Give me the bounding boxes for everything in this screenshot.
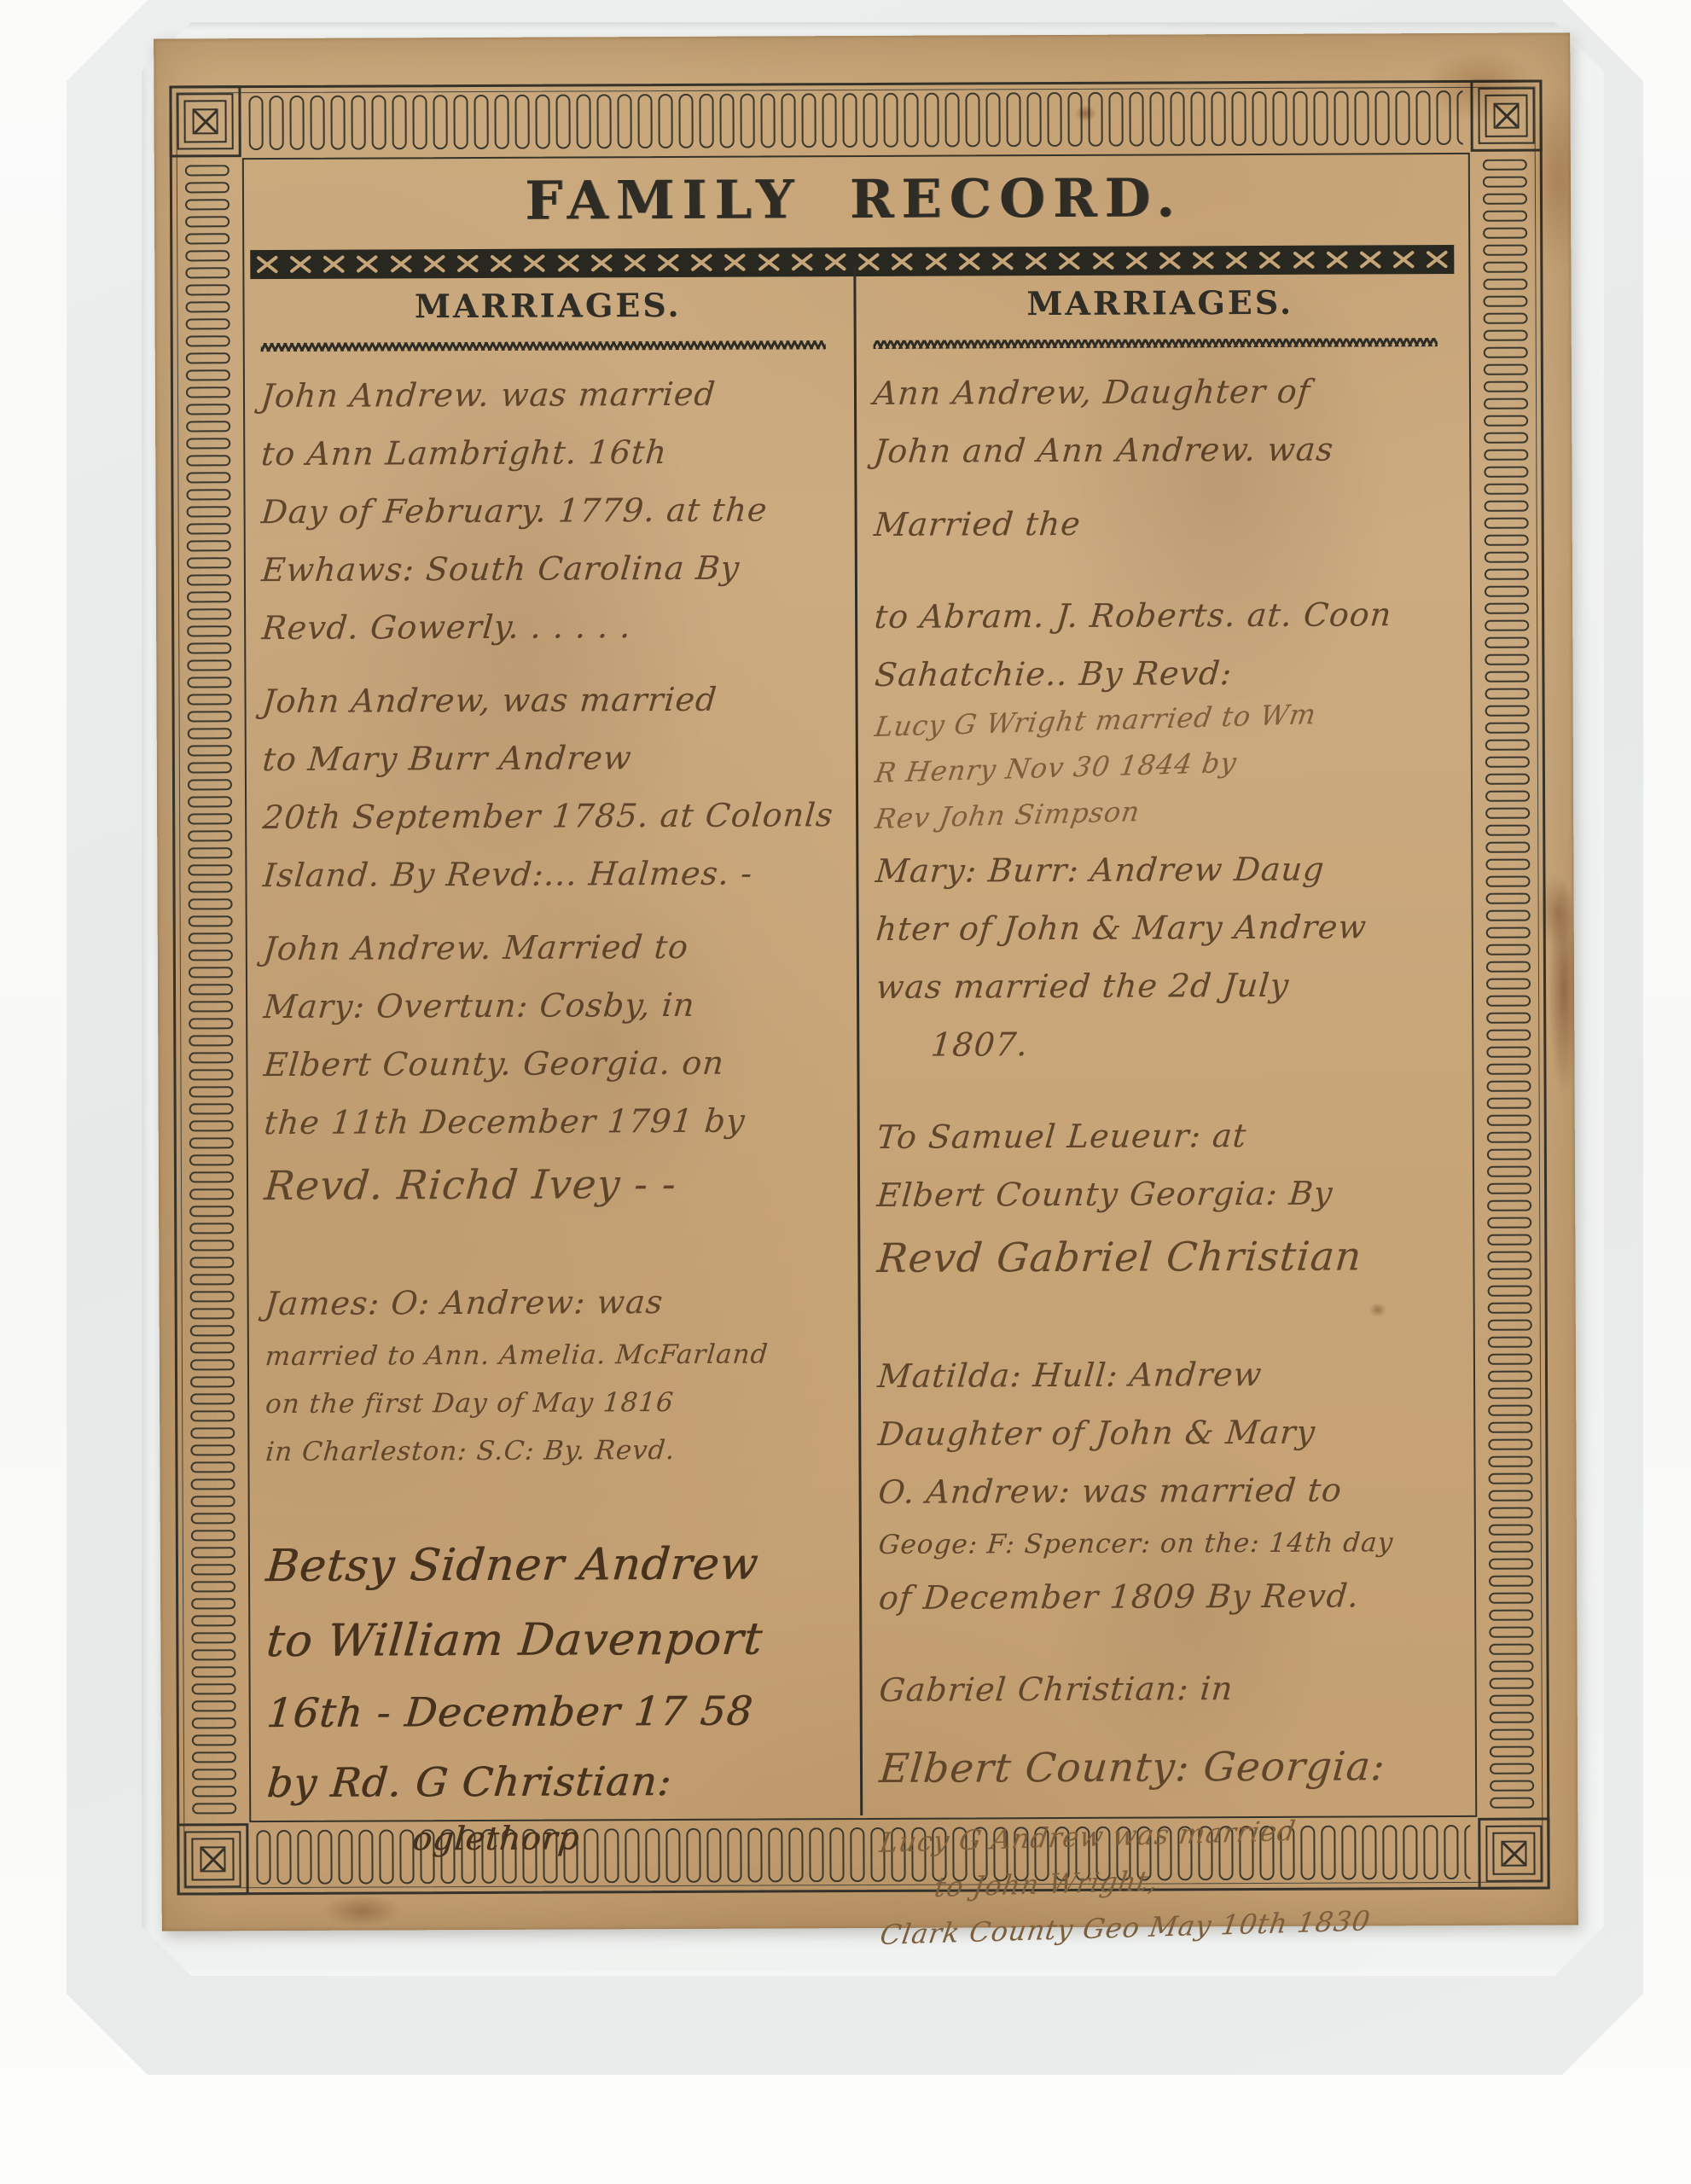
handwritten-line: 20th September 1785. at Colonls bbox=[260, 786, 833, 846]
capsule-ornament bbox=[1211, 91, 1225, 146]
capsule-ornament bbox=[191, 1598, 235, 1609]
capsule-ornament bbox=[191, 1581, 235, 1592]
capsule-ornament bbox=[1485, 620, 1529, 631]
capsule-ornament bbox=[965, 92, 979, 147]
capsule-ornament bbox=[1486, 944, 1531, 955]
capsule-ornament bbox=[186, 438, 230, 449]
capsule-ornament bbox=[1026, 92, 1041, 147]
capsule-ornament bbox=[1485, 535, 1529, 546]
capsule-ornament bbox=[187, 557, 231, 568]
capsule-ornament bbox=[1485, 740, 1530, 751]
handwritten-line: oglethorp bbox=[265, 1816, 836, 1860]
handwritten-line: 16th - December 17 58 bbox=[264, 1676, 837, 1749]
capsule-ornament bbox=[1456, 90, 1462, 145]
capsule-ornament bbox=[1067, 92, 1082, 147]
capsule-ornament bbox=[760, 93, 775, 148]
capsule-ornament bbox=[412, 95, 427, 149]
capsule-ornament bbox=[1487, 1183, 1531, 1194]
capsule-ornament bbox=[1489, 1490, 1533, 1501]
capsule-ornament bbox=[924, 93, 938, 148]
capsule-ornament bbox=[1487, 1098, 1531, 1109]
capsule-ornament bbox=[1483, 194, 1527, 205]
star-ornament-icon bbox=[1055, 247, 1084, 275]
capsule-ornament bbox=[617, 94, 631, 148]
handwritten-line: Ewhaws: South Carolina By bbox=[259, 538, 832, 599]
handwritten-line: To Samuel Leueur: at bbox=[874, 1106, 1446, 1166]
star-ornament-icon bbox=[1154, 247, 1184, 274]
capsule-ornament bbox=[1488, 1371, 1532, 1382]
capsule-ornament bbox=[1129, 92, 1143, 147]
capsule-ornament bbox=[1488, 1422, 1532, 1433]
capsule-ornament bbox=[1490, 1798, 1534, 1809]
capsule-ornament bbox=[190, 1393, 235, 1404]
capsule-ornament bbox=[185, 216, 230, 227]
handwritten-line: 1807. bbox=[874, 1014, 1446, 1074]
capsule-ornament bbox=[189, 1018, 233, 1029]
capsule-ornament bbox=[453, 95, 468, 149]
capsule-ornament bbox=[191, 1513, 235, 1524]
capsule-ornament bbox=[1484, 381, 1528, 392]
capsule-ornament bbox=[187, 523, 231, 534]
border-capsule-band-top bbox=[248, 90, 1462, 150]
capsule-ornament bbox=[1490, 1780, 1534, 1792]
capsule-ornament bbox=[189, 967, 233, 978]
corner-ornament-icon bbox=[169, 85, 241, 157]
capsule-ornament bbox=[1487, 1200, 1531, 1211]
capsule-ornament bbox=[1489, 1661, 1533, 1672]
capsule-ornament bbox=[186, 318, 230, 329]
star-ornament-icon bbox=[419, 250, 449, 277]
capsule-ornament bbox=[1486, 1013, 1531, 1024]
star-ornament-icon bbox=[787, 248, 816, 276]
capsule-ornament bbox=[1489, 1644, 1533, 1655]
record-content: FAMILY RECORD. MARRIAGES. MARRIAGES. Joh… bbox=[241, 152, 1473, 1818]
right-column-header: MARRIAGES. bbox=[854, 282, 1467, 323]
star-ornament-icon bbox=[820, 248, 850, 276]
capsule-ornament bbox=[188, 779, 232, 790]
capsule-ornament bbox=[191, 1666, 235, 1677]
capsule-ornament bbox=[1354, 90, 1368, 145]
capsule-ornament bbox=[185, 182, 230, 193]
capsule-ornament bbox=[248, 96, 263, 150]
handwritten-line: to William Davenport bbox=[264, 1601, 838, 1679]
corner-ornament-icon bbox=[177, 1823, 248, 1895]
capsule-ornament bbox=[189, 1086, 234, 1097]
capsule-ornament bbox=[1487, 1252, 1531, 1263]
capsule-ornament bbox=[1485, 586, 1529, 597]
capsule-ornament bbox=[740, 94, 754, 148]
capsule-ornament bbox=[1485, 654, 1529, 665]
capsule-ornament bbox=[1489, 1559, 1533, 1570]
capsule-ornament bbox=[1483, 245, 1527, 256]
capsule-ornament bbox=[1484, 364, 1528, 375]
capsule-ornament bbox=[186, 369, 230, 380]
capsule-ornament bbox=[190, 1376, 235, 1387]
handwritten-line: Geoge: F: Spencer: on the: 14th day bbox=[876, 1519, 1448, 1569]
capsule-ornament bbox=[1488, 1303, 1532, 1314]
capsule-ornament bbox=[189, 984, 233, 995]
star-ornament-icon bbox=[1121, 247, 1151, 275]
capsule-ornament bbox=[188, 728, 232, 739]
handwritten-line: Revd Gabriel Christian bbox=[875, 1222, 1448, 1294]
capsule-ornament bbox=[1485, 842, 1530, 853]
scanned-family-record: { "page": { "description": "Scan of an a… bbox=[0, 0, 1691, 2184]
capsule-ornament bbox=[1484, 484, 1528, 495]
capsule-ornament bbox=[883, 93, 898, 148]
capsule-ornament bbox=[1374, 90, 1389, 145]
handwritten-line: John Andrew, was married bbox=[260, 670, 833, 730]
capsule-ornament bbox=[188, 796, 232, 807]
capsule-ornament bbox=[1485, 501, 1529, 512]
capsule-ornament bbox=[1486, 910, 1531, 921]
capsule-ornament bbox=[189, 1257, 234, 1268]
capsule-ornament bbox=[1231, 91, 1246, 146]
capsule-ornament bbox=[1149, 91, 1164, 146]
capsule-ornament bbox=[1485, 876, 1530, 887]
capsule-ornament bbox=[189, 1035, 233, 1046]
capsule-ornament bbox=[189, 932, 233, 944]
capsule-ornament bbox=[678, 94, 693, 148]
capsule-ornament bbox=[187, 625, 231, 636]
capsule-ornament bbox=[189, 1001, 233, 1012]
capsule-ornament bbox=[1487, 1115, 1531, 1126]
star-ornament-icon bbox=[1088, 247, 1118, 275]
capsule-ornament bbox=[1484, 433, 1528, 444]
capsule-ornament bbox=[188, 762, 232, 773]
capsule-ornament bbox=[192, 1700, 236, 1711]
capsule-ornament bbox=[1484, 398, 1528, 409]
capsule-ornament bbox=[1190, 91, 1205, 146]
capsule-ornament bbox=[189, 1052, 233, 1063]
capsule-ornament bbox=[514, 95, 529, 149]
capsule-ornament bbox=[371, 95, 386, 149]
capsule-ornament bbox=[185, 199, 230, 210]
star-ornament-icon bbox=[486, 250, 516, 277]
capsule-ornament bbox=[1486, 961, 1531, 973]
capsule-ornament bbox=[192, 1769, 236, 1780]
handwritten-line: John Andrew. Married to bbox=[261, 917, 834, 978]
handwritten-line: to Mary Burr Andrew bbox=[260, 728, 833, 788]
capsule-ornament bbox=[637, 94, 652, 148]
star-ornament-icon bbox=[520, 250, 549, 277]
capsule-ornament bbox=[188, 847, 232, 858]
capsule-ornament bbox=[1485, 757, 1530, 768]
capsule-ornament bbox=[188, 745, 232, 756]
capsule-ornament bbox=[186, 404, 230, 415]
capsule-ornament bbox=[186, 421, 230, 432]
capsule-ornament bbox=[1486, 979, 1531, 990]
capsule-ornament bbox=[186, 455, 230, 466]
capsule-ornament bbox=[1489, 1542, 1533, 1553]
capsule-ornament bbox=[1485, 706, 1530, 717]
capsule-ornament bbox=[191, 1615, 235, 1626]
capsule-ornament bbox=[1088, 92, 1102, 147]
capsule-ornament bbox=[189, 898, 233, 909]
handwritten-line: John and Ann Andrew. was bbox=[871, 420, 1444, 480]
capsule-ornament bbox=[535, 95, 549, 149]
capsule-ornament bbox=[555, 95, 570, 149]
capsule-ornament bbox=[189, 915, 233, 926]
capsule-ornament bbox=[188, 830, 232, 841]
capsule-ornament bbox=[189, 1240, 234, 1251]
capsule-ornament bbox=[1489, 1593, 1533, 1604]
capsule-ornament bbox=[1490, 1695, 1534, 1706]
capsule-ornament bbox=[576, 94, 590, 148]
handwritten-line: Matilda: Hull: Andrew bbox=[875, 1345, 1448, 1405]
capsule-ornament bbox=[1489, 1576, 1533, 1587]
capsule-ornament bbox=[191, 1632, 235, 1643]
capsule-ornament bbox=[186, 352, 230, 363]
star-ornament-icon bbox=[352, 250, 382, 277]
star-ornament-icon bbox=[586, 249, 616, 276]
capsule-ornament bbox=[189, 1154, 234, 1165]
capsule-ornament bbox=[1485, 569, 1529, 580]
capsule-ornament bbox=[192, 1751, 236, 1763]
star-ornament-icon bbox=[1389, 246, 1419, 273]
capsule-ornament bbox=[191, 1547, 235, 1558]
capsule-ornament bbox=[1436, 90, 1450, 145]
capsule-ornament bbox=[188, 813, 232, 824]
handwritten-line: Daughter of John & Mary bbox=[875, 1403, 1448, 1463]
star-ornament-icon bbox=[619, 249, 649, 276]
star-ornament-icon bbox=[954, 247, 984, 275]
capsule-ornament bbox=[1486, 1030, 1531, 1041]
capsule-ornament bbox=[1488, 1286, 1532, 1297]
capsule-ornament bbox=[1489, 1525, 1533, 1536]
capsule-ornament bbox=[187, 677, 231, 688]
capsule-ornament bbox=[1488, 1354, 1532, 1365]
star-ornament-icon bbox=[1021, 247, 1051, 275]
capsule-ornament bbox=[189, 1137, 234, 1148]
capsule-ornament bbox=[1485, 774, 1530, 785]
capsule-ornament bbox=[1485, 688, 1530, 700]
capsule-ornament bbox=[188, 694, 232, 705]
capsule-ornament bbox=[191, 1478, 235, 1490]
capsule-ornament bbox=[1490, 1712, 1534, 1723]
capsule-ornament bbox=[190, 1342, 235, 1353]
capsule-ornament bbox=[189, 1103, 234, 1114]
capsule-ornament bbox=[192, 1786, 236, 1797]
capsule-ornament bbox=[190, 1308, 235, 1319]
capsule-ornament bbox=[433, 95, 447, 149]
capsule-ornament bbox=[1486, 893, 1531, 904]
capsule-ornament bbox=[185, 267, 230, 278]
capsule-ornament bbox=[1485, 603, 1529, 614]
handwritten-line: married to Ann. Amelia. McFarland bbox=[264, 1330, 835, 1380]
capsule-ornament bbox=[190, 1410, 235, 1421]
capsule-ornament bbox=[1484, 450, 1528, 461]
capsule-ornament bbox=[1334, 91, 1348, 146]
capsule-ornament bbox=[191, 1530, 235, 1541]
handwritten-line: Elbert County: Georgia: bbox=[876, 1732, 1450, 1804]
capsule-ornament bbox=[494, 95, 508, 149]
capsule-ornament bbox=[1490, 1678, 1534, 1689]
star-ornament-icon bbox=[319, 251, 349, 278]
capsule-ornament bbox=[1488, 1320, 1532, 1331]
capsule-ornament bbox=[1293, 91, 1307, 146]
ornament-band bbox=[250, 245, 1454, 279]
capsule-ornament bbox=[185, 165, 230, 176]
page-title: FAMILY RECORD. bbox=[241, 166, 1466, 233]
capsule-ornament bbox=[1485, 825, 1530, 836]
capsule-ornament bbox=[1487, 1166, 1531, 1177]
capsule-ornament bbox=[310, 96, 324, 150]
capsule-ornament bbox=[719, 94, 734, 148]
capsule-ornament bbox=[1272, 91, 1287, 146]
handwritten-line: O. Andrew: was married to bbox=[875, 1461, 1448, 1521]
capsule-ornament bbox=[1489, 1473, 1533, 1484]
star-ornament-icon bbox=[887, 248, 917, 276]
capsule-ornament bbox=[189, 1120, 234, 1131]
capsule-ornament bbox=[1170, 91, 1184, 146]
handwritten-line: Married the bbox=[871, 493, 1444, 554]
star-ornament-icon bbox=[285, 251, 315, 278]
border-capsule-band-right bbox=[1478, 160, 1539, 1810]
handwritten-line: Elbert County. Georgia. on bbox=[262, 1033, 834, 1094]
star-ornament-icon bbox=[854, 248, 884, 276]
capsule-ornament bbox=[1489, 1507, 1533, 1519]
squiggle-rule-left bbox=[261, 340, 826, 351]
capsule-ornament bbox=[842, 93, 857, 148]
capsule-ornament bbox=[1006, 92, 1020, 147]
capsule-ornament bbox=[1488, 1405, 1532, 1416]
capsule-ornament bbox=[1483, 177, 1527, 188]
handwritten-line: hter of John & Mary Andrew bbox=[873, 897, 1445, 958]
capsule-ornament bbox=[186, 489, 230, 500]
capsule-ornament bbox=[1489, 1627, 1533, 1638]
star-ornament-icon bbox=[1355, 246, 1385, 273]
capsule-ornament bbox=[596, 94, 611, 148]
capsule-ornament bbox=[699, 94, 713, 148]
capsule-ornament bbox=[187, 506, 231, 517]
capsule-ornament bbox=[1485, 808, 1530, 819]
capsule-ornament bbox=[1486, 1047, 1531, 1058]
handwritten-line: to Abram. J. Roberts. at. Coon bbox=[872, 585, 1444, 646]
capsule-ornament bbox=[1483, 211, 1527, 222]
star-ornament-icon bbox=[452, 250, 482, 277]
capsule-ornament bbox=[189, 1069, 233, 1080]
handwritten-line: Ann Andrew, Daughter of bbox=[871, 362, 1444, 422]
star-ornament-icon bbox=[1422, 246, 1452, 273]
capsule-ornament bbox=[1487, 1081, 1531, 1092]
handwritten-line: by Rd. G Christian: bbox=[264, 1746, 838, 1819]
capsule-ornament bbox=[1485, 723, 1530, 734]
capsule-ornament bbox=[186, 335, 230, 346]
capsule-ornament bbox=[186, 301, 230, 312]
capsule-ornament bbox=[1484, 313, 1528, 324]
capsule-ornament bbox=[187, 608, 231, 619]
capsule-ornament bbox=[658, 94, 672, 148]
marriages-column-right: Ann Andrew, Daughter ofJohn and Ann Andr… bbox=[854, 362, 1473, 1958]
capsule-ornament bbox=[1484, 347, 1528, 358]
capsule-ornament bbox=[1485, 552, 1529, 563]
corner-ornament-icon bbox=[1478, 1818, 1549, 1890]
capsule-ornament bbox=[191, 1564, 235, 1575]
capsule-ornament bbox=[904, 93, 918, 148]
capsule-ornament bbox=[192, 1734, 236, 1745]
capsule-ornament bbox=[185, 250, 230, 261]
capsule-ornament bbox=[985, 92, 1000, 147]
handwritten-line: on the first Day of May 1816 bbox=[264, 1378, 835, 1428]
capsule-ornament bbox=[185, 284, 230, 295]
capsule-ornament bbox=[190, 1325, 235, 1336]
handwritten-line: the 11th December 1791 by bbox=[262, 1091, 834, 1152]
capsule-ornament bbox=[1484, 467, 1528, 478]
capsule-ornament bbox=[189, 1188, 234, 1199]
marriages-column-left: John Andrew. was marriedto Ann Lambright… bbox=[242, 364, 862, 1960]
star-ornament-icon bbox=[753, 248, 783, 276]
capsule-ornament bbox=[1483, 279, 1527, 290]
capsule-ornament bbox=[192, 1683, 236, 1694]
capsule-ornament bbox=[330, 96, 345, 150]
capsule-ornament bbox=[1483, 296, 1527, 307]
star-ornament-icon bbox=[1288, 247, 1318, 274]
capsule-ornament bbox=[187, 574, 231, 585]
star-ornament-icon bbox=[252, 251, 282, 278]
capsule-ornament bbox=[1415, 90, 1430, 145]
handwritten-line: Island. By Revd:... Halmes. - bbox=[261, 844, 834, 904]
capsule-ornament bbox=[192, 1717, 236, 1728]
capsule-ornament bbox=[188, 711, 232, 722]
capsule-ornament bbox=[188, 864, 232, 875]
capsule-ornament bbox=[187, 659, 231, 671]
capsule-ornament bbox=[1485, 791, 1530, 802]
handwritten-line: Betsy Sidner Andrew bbox=[263, 1526, 837, 1604]
handwritten-line: Revd. Gowerly. . . . . . bbox=[259, 596, 832, 657]
capsule-ornament bbox=[392, 95, 406, 149]
handwritten-line: Gabriel Christian: in bbox=[876, 1658, 1449, 1719]
capsule-ornament bbox=[1483, 228, 1527, 239]
capsule-ornament bbox=[269, 96, 283, 150]
star-ornament-icon bbox=[987, 247, 1017, 275]
capsule-ornament bbox=[1484, 415, 1528, 427]
capsule-ornament bbox=[863, 93, 877, 148]
capsule-ornament bbox=[1483, 262, 1527, 273]
capsule-ornament bbox=[1487, 1149, 1531, 1160]
capsule-ornament bbox=[190, 1291, 235, 1302]
capsule-ornament bbox=[1485, 637, 1529, 648]
squiggle-rule-right bbox=[873, 338, 1438, 349]
capsule-ornament bbox=[1488, 1388, 1532, 1399]
capsule-ornament bbox=[1486, 1064, 1531, 1075]
capsule-ornament bbox=[185, 233, 230, 244]
capsule-ornament bbox=[822, 93, 836, 148]
capsule-ornament bbox=[1489, 1610, 1533, 1621]
handwritten-line: to Ann Lambright. 16th bbox=[259, 422, 831, 483]
capsule-ornament bbox=[186, 386, 230, 398]
star-ornament-icon bbox=[1255, 247, 1285, 274]
capsule-ornament bbox=[190, 1461, 235, 1472]
star-ornament-icon bbox=[653, 249, 683, 276]
capsule-ornament bbox=[1108, 92, 1123, 147]
star-ornament-icon bbox=[1322, 247, 1351, 274]
corner-ornament-icon bbox=[1470, 80, 1542, 152]
capsule-ornament bbox=[1488, 1439, 1532, 1450]
capsule-ornament bbox=[351, 96, 365, 150]
capsule-ornament bbox=[289, 96, 304, 150]
capsule-ornament bbox=[188, 881, 232, 892]
capsule-ornament bbox=[944, 93, 959, 148]
capsule-ornament bbox=[1490, 1729, 1534, 1740]
capsule-ornament bbox=[1047, 92, 1061, 147]
capsule-ornament bbox=[189, 1223, 234, 1234]
handwritten-line: John Andrew. was married bbox=[259, 364, 831, 425]
capsule-ornament bbox=[187, 642, 231, 653]
star-ornament-icon bbox=[687, 249, 717, 276]
handwritten-line: Day of February. 1779. at the bbox=[259, 480, 832, 541]
capsule-ornament bbox=[1487, 1217, 1531, 1228]
capsule-ornament bbox=[189, 1171, 234, 1182]
